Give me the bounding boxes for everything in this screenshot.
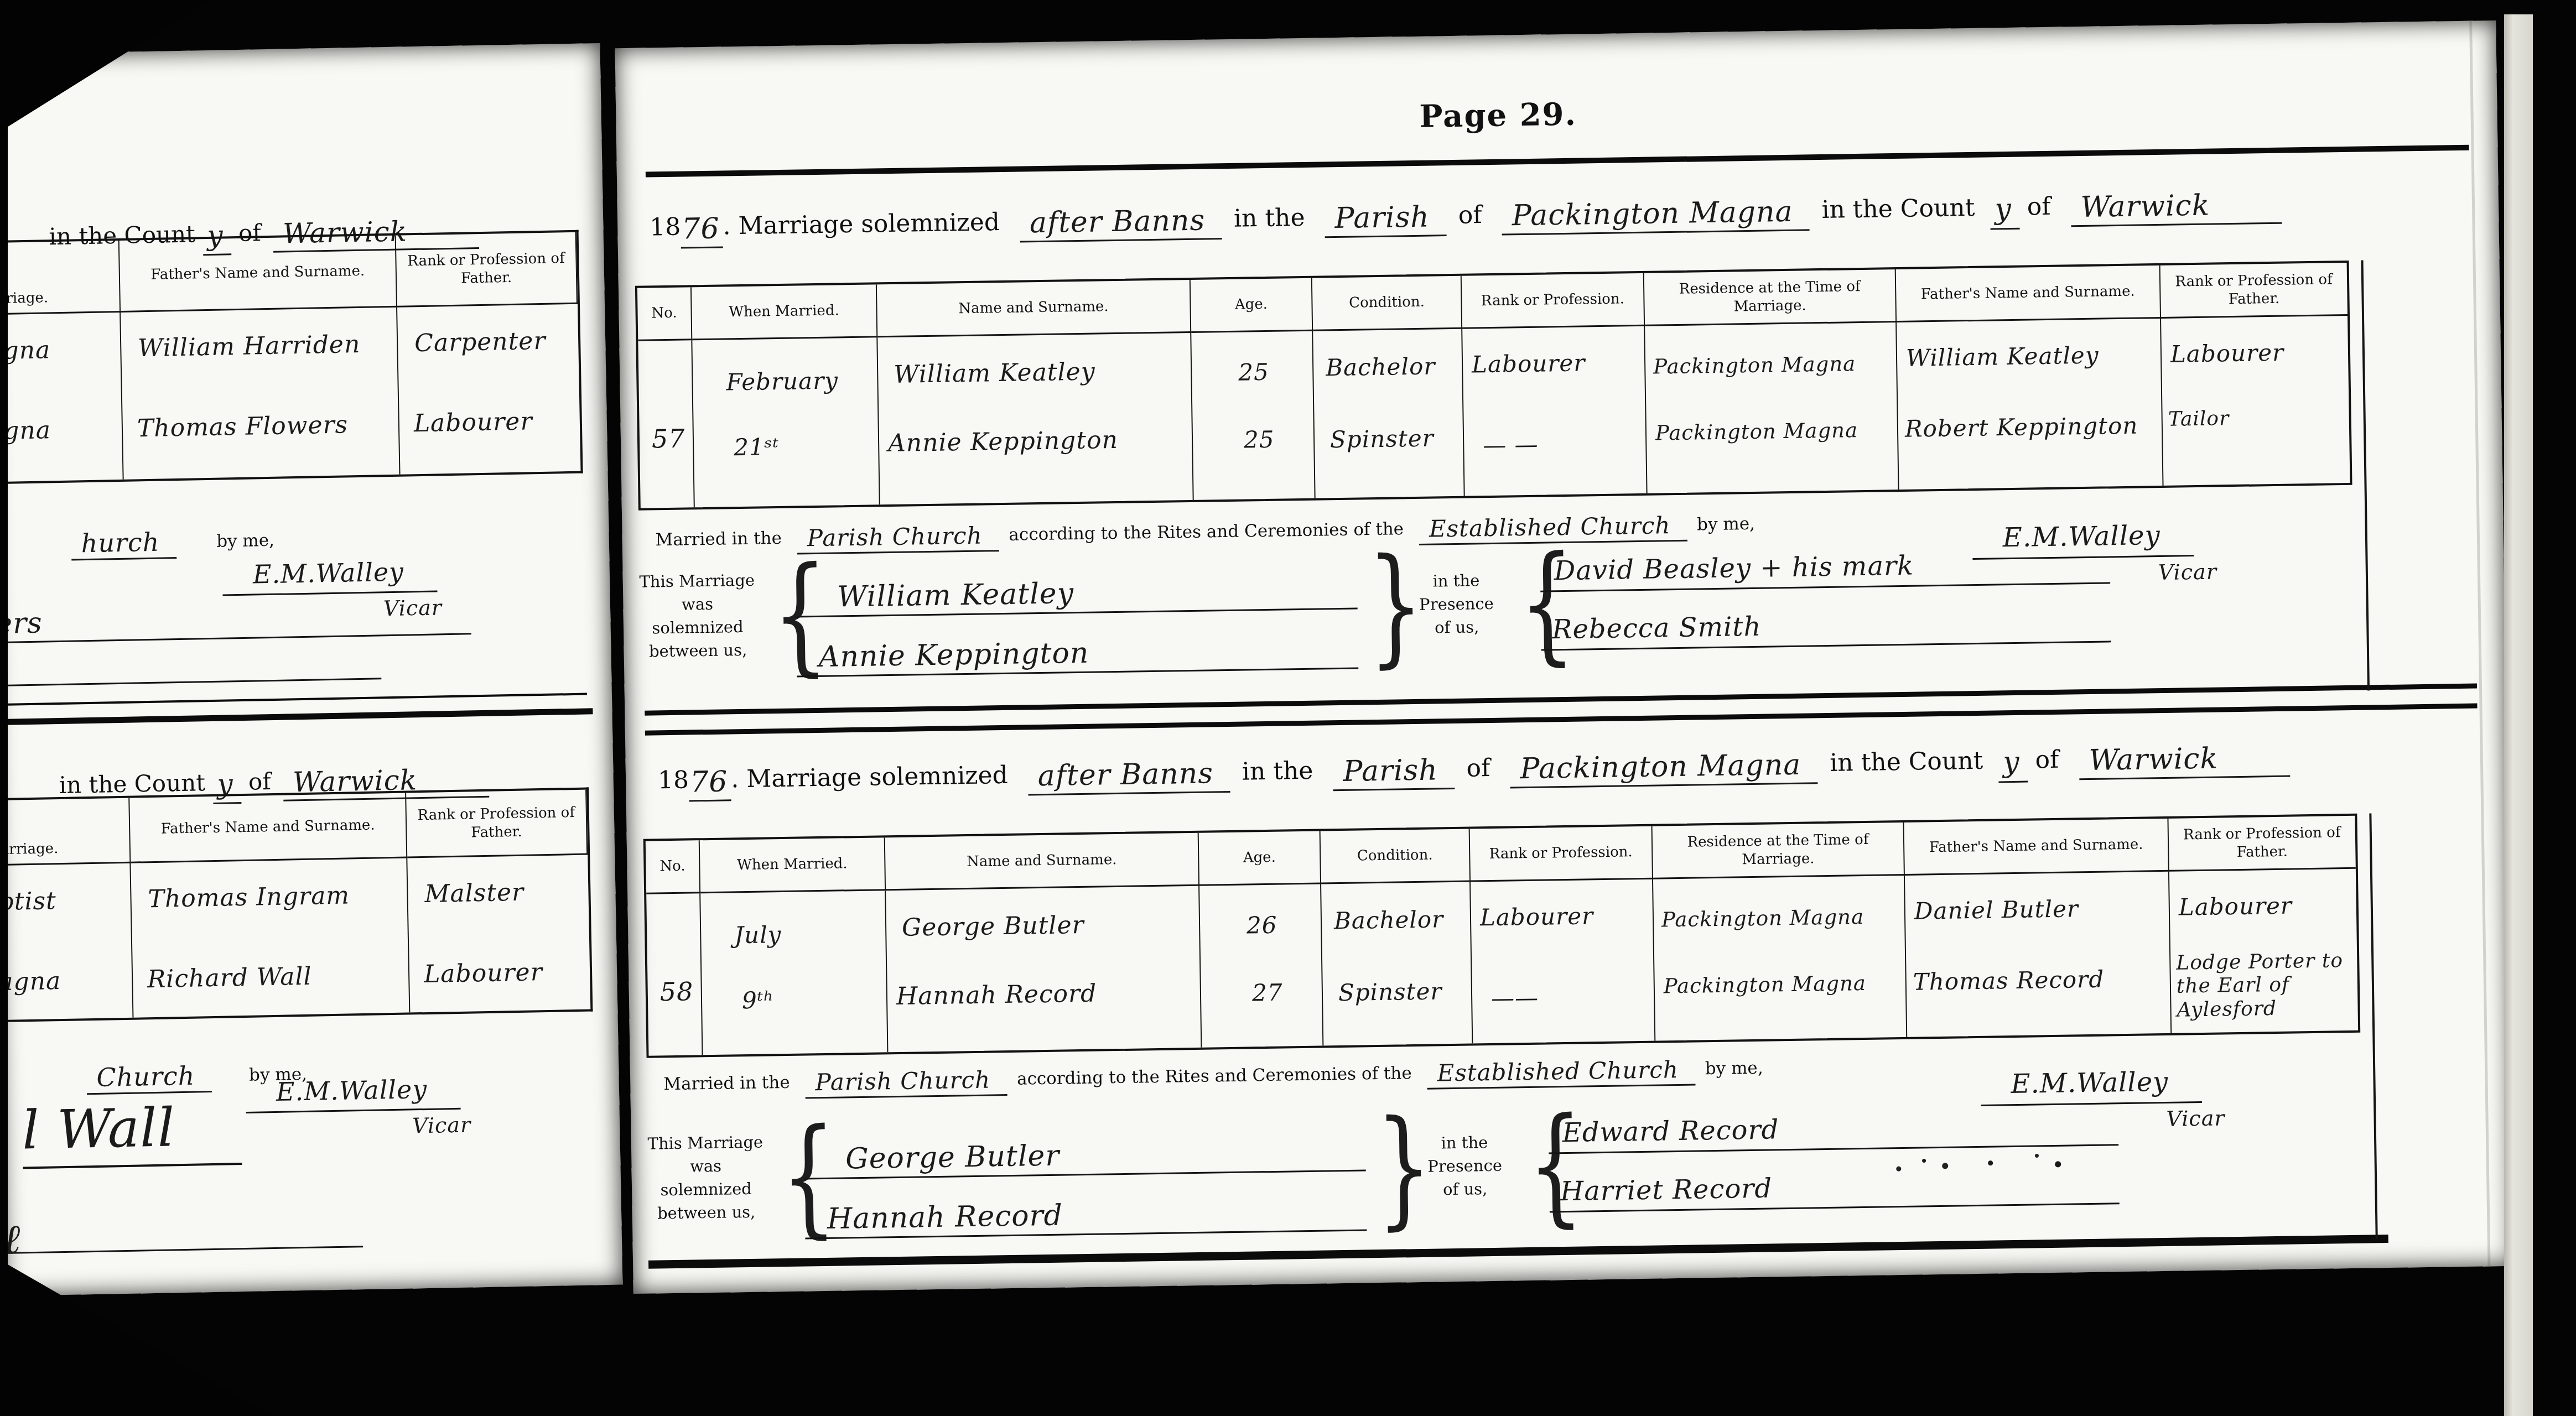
- bride-name: Hannah Record: [896, 980, 1097, 1011]
- cell-conditions: Bachelor Spinster: [1321, 882, 1473, 1046]
- of-label: of: [2035, 746, 2059, 774]
- left-page: in the Count y of Warwick arriage. Fathe…: [0, 43, 622, 1296]
- record-number: 57: [652, 424, 685, 454]
- col-rank: Rank or Profession.: [1462, 273, 1645, 329]
- cell-residences: Packington Magna Packington Magna: [1645, 322, 1899, 493]
- married-place-handwritten: Parish Church: [805, 1068, 1007, 1099]
- of-label: of: [248, 768, 272, 795]
- col-no: No.: [637, 287, 692, 341]
- register-header-line: 1876. Marriage solemnized after Banns in…: [658, 738, 2295, 799]
- parish-word-handwritten: Parish: [1333, 755, 1455, 791]
- cell-father-ranks: Labourer Tailor: [2161, 316, 2350, 486]
- witness1-signature: David Beasley + his mark: [1554, 550, 1914, 587]
- cell-ages: 26 27: [1199, 884, 1323, 1048]
- groom-rank: Labourer: [1472, 349, 1586, 378]
- bride-signature: Annie Keppington: [818, 637, 1089, 674]
- county-label: in the Count: [1821, 194, 1975, 224]
- book-page-edge: [2504, 14, 2533, 1416]
- fragment-cell: ptist agna: [0, 863, 133, 1020]
- label-line: Presence: [1409, 592, 1504, 617]
- bride-signature-line: Annie Keppington: [796, 633, 1358, 678]
- col-when-married: When Married.: [692, 284, 877, 340]
- marriage-solemnized-label: . Marriage solemnized: [723, 208, 1000, 240]
- vicar-title: Vicar: [412, 1110, 601, 1138]
- cell-fathers: Daniel Butler Thomas Record: [1905, 872, 2172, 1037]
- scan-edge-shadow: [0, 0, 8, 1416]
- of-label: of: [1466, 754, 1490, 783]
- cell-names: George Butler Hannah Record: [886, 886, 1202, 1052]
- bride-father-rank: Lodge Porter to the Earl of Aylesford: [2176, 949, 2358, 1022]
- father-rank: Malster: [424, 878, 524, 908]
- witness2-signature-line: Rebecca Smith: [1541, 606, 2111, 650]
- record-58-table: No. When Married. Name and Surname. Age.…: [643, 814, 2361, 1058]
- groom-father-rank: Labourer: [2170, 339, 2284, 368]
- church-fragment: Church: [86, 1062, 212, 1095]
- left-block2-vicar: E.M.Walley Vicar: [245, 1071, 600, 1141]
- in-the-label: in the: [1234, 204, 1305, 233]
- right-page: Page 29. 1876. Marriage solemnized after…: [615, 20, 2514, 1294]
- label-line: solemnized: [639, 615, 757, 640]
- groom-residence: Packington Magna: [1661, 905, 1865, 931]
- county-name-handwritten: Warwick: [2070, 190, 2282, 227]
- scanned-marriage-register: in the Count y of Warwick arriage. Fathe…: [0, 0, 2576, 1416]
- by-me-label: by me,: [216, 530, 274, 551]
- label-line: of us,: [1417, 1177, 1513, 1202]
- column-header-father-rank: Rank or Profession of Father.: [406, 790, 588, 858]
- ink-marks: [1892, 1147, 2080, 1175]
- vicar-signature: E.M.Walley: [245, 1074, 460, 1113]
- label-line: This Marriage: [647, 1131, 765, 1155]
- presence-label: in the Presence of us,: [1409, 569, 1505, 640]
- rites-label: according to the Rites and Ceremonies of…: [1017, 1063, 1412, 1089]
- left-block1-married-line: hurch by me,: [66, 524, 274, 558]
- married-in-the-label: Married in the: [663, 1073, 790, 1094]
- bride-condition: Spinster: [1330, 424, 1434, 453]
- parish-name-handwritten: Packington Magna: [1502, 196, 1810, 235]
- cell-names: William Keatley Annie Keppington: [877, 333, 1193, 504]
- label-line: of us,: [1409, 615, 1505, 640]
- col-age: Age.: [1199, 831, 1321, 886]
- groom-name: William Keatley: [894, 358, 1095, 389]
- by-me-label: by me,: [1705, 1058, 1763, 1079]
- bride-residence: Packington Magna: [1664, 971, 1867, 998]
- column-header-marriage-frag: arriage.: [0, 241, 121, 315]
- groom-condition: Bachelor: [1326, 352, 1436, 381]
- groom-signature-line: William Keatley: [796, 573, 1358, 618]
- witness1-signature: Edward Record: [1562, 1114, 1779, 1148]
- marriage-day: 21ˢᵗ: [734, 433, 780, 461]
- col-rank: Rank or Profession.: [1470, 826, 1653, 882]
- cell-when-married: February 21ˢᵗ: [692, 337, 880, 507]
- bride-signature-line: Hannah Record: [804, 1194, 1367, 1239]
- married-in-the-label: Married in the: [655, 528, 782, 550]
- father-rank-cell: Carpenter Labourer: [397, 304, 580, 475]
- col-no: No.: [646, 840, 700, 894]
- residence-fragment-cell: agna agna: [0, 313, 124, 482]
- cell-ranks: Labourer ——: [1471, 879, 1655, 1044]
- in-the-label: in the: [1242, 757, 1313, 786]
- left-block2-flourish-line: ℓ: [3, 1209, 363, 1254]
- cell-father-ranks: Labourer Lodge Porter to the Earl of Ayl…: [2169, 869, 2358, 1033]
- groom-signature-fragment: l Wall: [22, 1095, 242, 1169]
- county-label: in the Count: [1830, 747, 1983, 777]
- year-prefix: 18: [658, 766, 689, 795]
- col-name-surname: Name and Surname.: [877, 280, 1191, 337]
- col-condition: Condition.: [1312, 276, 1462, 331]
- witness2-signature-line: Harriet Record: [1549, 1168, 2120, 1212]
- fragment: agna: [0, 967, 61, 996]
- header-rule: [646, 145, 2469, 178]
- bride-residence: Packington Magna: [1655, 418, 1858, 445]
- marriage-solemnized-label: . Marriage solemnized: [731, 761, 1008, 793]
- groom-rank: Labourer: [1480, 902, 1594, 931]
- marriage-record-58: 1876. Marriage solemnized after Banns in…: [626, 735, 2514, 1261]
- fathers-name-cell: Thomas Ingram Richard Wall: [131, 858, 410, 1018]
- col-father-rank: Rank or Profession of Father.: [2168, 816, 2355, 872]
- married-place-handwritten: Parish Church: [797, 523, 999, 554]
- cell-ages: 25 25: [1191, 331, 1315, 500]
- this-marriage-label: This Marriage was solemnized between us,: [647, 1131, 765, 1225]
- col-when-married: When Married.: [700, 837, 886, 893]
- rites-label: according to the Rites and Ceremonies of…: [1009, 519, 1404, 545]
- county-name-handwritten: Warwick: [2079, 743, 2290, 780]
- divider-line: [0, 693, 587, 706]
- left-block2-table: arriage. Father's Name and Surname. Rank…: [0, 788, 593, 1023]
- divider-rule: [0, 708, 593, 725]
- father-rank-cell: Malster Labourer: [407, 855, 590, 1013]
- year-prefix: 18: [650, 213, 681, 242]
- presence-label: in the Presence of us,: [1417, 1131, 1513, 1202]
- groom-signature-line: George Butler: [804, 1134, 1366, 1179]
- marriage-day: 9ᵗʰ: [742, 986, 775, 1014]
- banns-handwritten: after Banns: [1020, 205, 1222, 242]
- witness1-signature-line: Edward Record: [1548, 1109, 2118, 1154]
- marriage-month: July: [734, 921, 782, 949]
- bride-signature: Hannah Record: [827, 1199, 1063, 1236]
- label-line: was: [638, 592, 756, 617]
- marriage-month: February: [726, 367, 838, 395]
- year-handwritten: 76: [689, 765, 731, 801]
- label-line: in the: [1417, 1131, 1513, 1155]
- groom-residence: Packington Magna: [1653, 352, 1856, 378]
- groom-father: William Keatley: [1906, 342, 2099, 372]
- of-label: of: [2027, 192, 2051, 221]
- marriage-record-57: 1876. Marriage solemnized after Banns in…: [617, 182, 2506, 710]
- witness2-signature: Harriet Record: [1560, 1173, 1772, 1207]
- parish-name-handwritten: Packington Magna: [1510, 749, 1818, 788]
- witness1-signature-line: David Beasley + his mark: [1540, 547, 2110, 592]
- groom-signature: George Butler: [845, 1139, 1060, 1176]
- bride-father-rank: Tailor: [2168, 407, 2229, 431]
- cell-when-married: July 9ᵗʰ: [700, 891, 888, 1055]
- left-block1-table: arriage. Father's Name and Surname. Rank…: [0, 230, 583, 485]
- county-y-handwritten: y: [1990, 192, 2019, 230]
- parish-word-handwritten: Parish: [1325, 202, 1446, 238]
- label-line: was: [647, 1154, 765, 1179]
- col-age: Age.: [1191, 278, 1313, 333]
- cell-residences: Packington Magna Packington Magna: [1653, 876, 1907, 1041]
- groom-father-rank: Labourer: [2178, 892, 2292, 921]
- groom-name: George Butler: [902, 911, 1084, 942]
- father-name: William Harriden: [138, 330, 361, 362]
- married-in-line: Married in the Parish Church according t…: [663, 1054, 1769, 1099]
- of-label: of: [1458, 201, 1482, 230]
- label-line: solemnized: [647, 1177, 765, 1202]
- witness2-signature: Rebecca Smith: [1552, 611, 1762, 645]
- col-name-surname: Name and Surname.: [885, 833, 1199, 891]
- father-rank: Labourer: [424, 958, 543, 988]
- county-y-handwritten: y: [1998, 746, 2028, 783]
- groom-signature: William Keatley: [837, 577, 1074, 613]
- vicar-signature: E.M.Walley: [1980, 1066, 2202, 1106]
- col-residence: Residence at the Time of Marriage.: [1644, 269, 1897, 326]
- label-line: This Marriage: [638, 569, 756, 594]
- col-father-name: Father's Name and Surname.: [1896, 265, 2161, 322]
- father-name: Richard Wall: [147, 962, 312, 993]
- register-header-line: 1876. Marriage solemnized after Banns in…: [650, 185, 2287, 247]
- label-line: between us,: [639, 638, 757, 663]
- father-rank: Carpenter: [414, 327, 546, 357]
- groom-condition: Bachelor: [1334, 905, 1444, 934]
- col-condition: Condition.: [1321, 829, 1471, 884]
- father-rank: Labourer: [413, 407, 532, 438]
- bride-rank: ——: [1491, 984, 1539, 1012]
- vicar-signature: E.M.Walley: [222, 556, 437, 596]
- column-header-fathers-name: Father's Name and Surname.: [120, 236, 397, 313]
- cell-no: 58: [646, 893, 703, 1055]
- fragment: ptist: [0, 887, 56, 916]
- left-block1-witness-line2: [0, 662, 381, 686]
- this-marriage-label: This Marriage was solemnized between us,: [638, 569, 756, 663]
- column-header-fathers-name: Father's Name and Surname.: [129, 793, 407, 863]
- record-number: 58: [659, 976, 693, 1007]
- bride-name: Annie Keppington: [888, 426, 1118, 457]
- bride-rank: — —: [1483, 431, 1539, 459]
- fathers-name-cell: William Harriden Thomas Flowers: [121, 308, 400, 480]
- year-handwritten: 76: [681, 212, 723, 248]
- church-handwritten: Established Church: [1427, 1058, 1695, 1090]
- father-name: Thomas Flowers: [137, 410, 348, 442]
- column-header-marriage-frag: arriage.: [0, 798, 131, 866]
- groom-age: 25: [1238, 358, 1269, 386]
- bride-age: 25: [1244, 426, 1275, 454]
- bride-father: Thomas Record: [1913, 966, 2104, 996]
- label-line: in the: [1409, 569, 1504, 594]
- column-header-father-rank: Rank or Profession of Father.: [396, 232, 578, 308]
- record-57-table: No. When Married. Name and Surname. Age.…: [635, 261, 2352, 511]
- cell-no: 57: [638, 340, 694, 508]
- col-father-name: Father's Name and Surname.: [1904, 819, 2169, 876]
- father-name: Thomas Ingram: [148, 881, 350, 913]
- bride-age: 27: [1252, 979, 1283, 1007]
- bride-condition: Spinster: [1338, 977, 1442, 1006]
- cell-conditions: Bachelor Spinster: [1313, 329, 1464, 498]
- col-father-rank: Rank or Profession of Father.: [2160, 263, 2348, 319]
- col-residence: Residence at the Time of Marriage.: [1653, 822, 1905, 879]
- label-line: between us,: [647, 1200, 765, 1225]
- left-block1-witness-line: ers: [0, 598, 471, 643]
- page-title: Page 29.: [1419, 96, 1577, 135]
- church-fragment: hurch: [71, 528, 176, 561]
- cell-fathers: William Keatley Robert Keppington: [1897, 319, 2163, 490]
- banns-handwritten: after Banns: [1027, 758, 1230, 795]
- label-line: Presence: [1417, 1154, 1513, 1179]
- groom-age: 26: [1247, 912, 1277, 939]
- bride-father: Robert Keppington: [1905, 412, 2138, 442]
- by-me-label: by me,: [1697, 514, 1755, 535]
- groom-father: Daniel Butler: [1914, 895, 2079, 924]
- cell-ranks: Labourer — —: [1462, 326, 1647, 496]
